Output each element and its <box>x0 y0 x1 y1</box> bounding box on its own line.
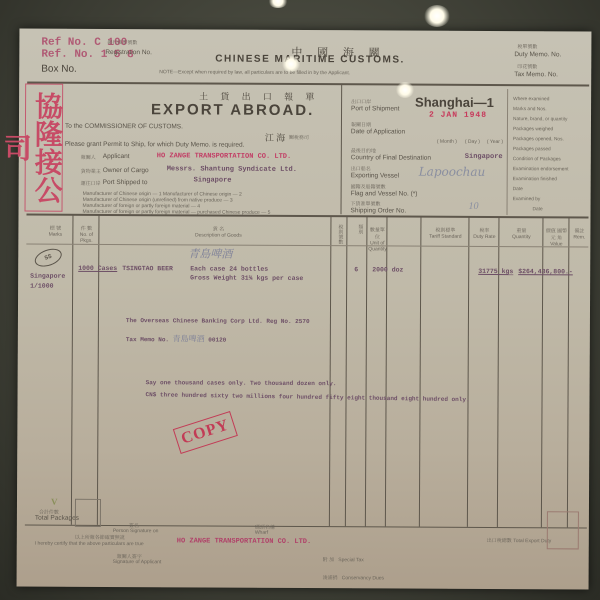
th-tariff-standard: 稅則標準Tariff Standard <box>422 227 468 240</box>
customs-office-suffix: 關稅務司 <box>289 134 309 141</box>
quantity-value: 31775 kgs <box>478 268 513 275</box>
port-of-shipment-value: Shanghai—1 <box>415 95 494 110</box>
signer-stamp: HO ZANGE TRANSPORTATION CO. LTD. <box>177 537 311 546</box>
col-divider <box>467 217 470 527</box>
light-reflection <box>424 5 450 27</box>
duty-memo-label: Duty Memo. No. <box>514 51 561 58</box>
packages-value: 1000 Cases <box>78 265 117 272</box>
destination-value: Singapore <box>465 153 503 161</box>
office-use-label: Packages opened, Nos. <box>513 137 587 147</box>
company-chop-stamp: 協隆接公司 <box>25 84 64 212</box>
col-divider <box>385 216 388 526</box>
export-declaration-document: Ref No. C 100 銀行核准號數 Ref. No. 1 5 8 Regi… <box>17 29 592 590</box>
th-remarks: 備註Rem. <box>570 227 588 240</box>
office-use-label: Packages passed <box>513 147 587 157</box>
th-description: 貨 名Description of Goods <box>168 225 268 239</box>
destination-label: Country of Final Destination <box>351 154 431 161</box>
shipping-mark-destination: Singapore <box>30 273 65 280</box>
port-value: Singapore <box>194 176 232 184</box>
light-reflection <box>396 82 414 98</box>
conservancy-label: 浚浦捐 Conservancy Dues <box>323 574 384 581</box>
vessel-value: Lapoochau <box>419 165 486 179</box>
shipping-mark-diamond: SS <box>32 245 64 270</box>
office-use-label: Examined by <box>513 197 587 207</box>
owner-label: Owner of Cargo <box>103 167 149 174</box>
port-cn: 運往口岸 <box>81 180 101 187</box>
office-use-panel: Where examined Marks and Nos. Nature, br… <box>512 97 587 217</box>
col-divider <box>345 216 348 526</box>
registration-label: Registration No. <box>105 49 152 56</box>
th-packages: 件 數No. of Pkgs. <box>74 225 98 244</box>
duty-memo-cn: 稅單號數 <box>517 43 537 50</box>
form-note: NOTE—Except when required by law, all pa… <box>159 69 459 77</box>
to-commissioner: To the COMMISSIONER OF CUSTOMS. <box>65 123 183 131</box>
port-label: Port Shipped to <box>103 179 148 186</box>
office-use-label: Examination finished <box>513 177 587 187</box>
unit-value: 2000 doz <box>372 266 403 273</box>
agency-title-en: CHINESE MARITIME CUSTOMS. <box>215 54 405 66</box>
total-packages-box <box>75 499 101 527</box>
special-tax-label: 附 加 Special Tax <box>323 556 364 563</box>
office-use-divider <box>506 89 508 215</box>
date-label: Date of Application <box>351 128 405 135</box>
customs-office-cn: 江 海 <box>265 131 285 144</box>
light-reflection <box>282 56 300 72</box>
col-divider <box>497 217 500 527</box>
th-value: 價值 國幣 元 角Value <box>544 227 568 247</box>
say-line-2: CN$ three hundred sixty two millions fou… <box>145 391 469 403</box>
port-of-shipment-label: Port of Shipment <box>351 105 399 112</box>
class-value: 6 <box>354 266 358 273</box>
date-day: ( Day ) <box>465 139 480 145</box>
description-line2: Gross Weight 31¾ kgs per case <box>190 274 303 282</box>
th-quantity: 重量Quantity <box>500 227 542 240</box>
col-divider <box>329 216 332 526</box>
certify-label: I hereby certify that the above particul… <box>35 541 144 548</box>
col-divider <box>419 217 422 527</box>
table-bottom-border <box>25 525 587 529</box>
total-packages-mark: V <box>51 497 58 507</box>
brand-value: TSINGTAO BEER <box>122 265 173 272</box>
tax-memo-cn: 印花號數 <box>517 63 537 70</box>
description-line1: Each case 24 bottles <box>190 265 268 272</box>
total-packages-label: Total Packages <box>35 515 79 522</box>
th-duty-rate: 稅率Duty Rate <box>470 227 498 240</box>
col-divider <box>541 217 544 527</box>
office-use-label: Nature, brand, or quantity <box>513 117 587 127</box>
form-title-en: EXPORT ABROAD. <box>151 101 314 119</box>
th-unit: 數量單位Unit of Quantity <box>368 226 386 252</box>
col-divider <box>567 217 570 527</box>
office-use-label: Date <box>513 187 587 197</box>
shipping-order-label: Shipping Order No. <box>350 207 406 214</box>
col-divider <box>365 216 368 526</box>
shipment-box-divider <box>340 84 342 214</box>
shipping-mark-number: 1/1000 <box>30 283 53 290</box>
applicant-cn: 報關人 <box>81 154 96 161</box>
date-month: ( Month ) <box>437 139 457 145</box>
col-divider <box>71 215 74 525</box>
signature-applicant-label: Signature of Applicant <box>113 559 162 565</box>
office-use-label: Condition of Packages <box>513 157 587 167</box>
flag-label: Flag and Vessel No. (*) <box>351 190 418 197</box>
vessel-label: Exporting Vessel <box>351 172 399 179</box>
col-divider <box>97 215 100 525</box>
bank-note: The Overseas Chinese Banking Corp Ltd. R… <box>126 317 310 325</box>
total-export-duty-box <box>547 511 579 549</box>
date-stamp: 2 JAN 1948 <box>429 111 487 120</box>
th-marks: 標 號Marks <box>40 225 70 238</box>
office-use-label: Packages weighed <box>513 127 587 137</box>
header-row-divider <box>26 244 588 248</box>
applicant-value: HO ZANGE TRANSPORTATION CO. LTD. <box>157 152 291 161</box>
box-no-label: Box No. <box>41 64 77 75</box>
total-export-duty-label: 出口稅總數 Total Export Duty <box>487 537 552 544</box>
applicant-label: Applicant <box>103 153 130 160</box>
owner-cn: 貨物業主 <box>81 168 101 175</box>
registration-cn: 銀行核准號數 <box>107 39 137 46</box>
tax-memo-label: Tax Memo. No. <box>514 71 558 78</box>
value-amount: $264,436,800.- <box>518 268 573 275</box>
header-divider <box>27 82 589 86</box>
date-year: ( Year ) <box>487 139 503 145</box>
office-use-label: Marks and Nos. <box>513 107 587 117</box>
shipping-order-value: 10 <box>469 201 479 212</box>
goods-name-cn: 青島啤酒 <box>188 245 232 261</box>
th-tariff-no: 稅則號數 <box>332 224 344 244</box>
th-class: 類別 <box>352 224 364 234</box>
table-top-border <box>26 214 588 218</box>
owner-value: Messrs. Shantung Syndicate Ltd. <box>167 165 297 174</box>
office-use-label: Examination endorsement <box>513 167 587 177</box>
wharf-label: Wharf <box>255 530 268 536</box>
say-line-1: Say one thousand cases only. Two thousan… <box>146 379 337 387</box>
copy-stamp: COPY <box>173 411 238 454</box>
tax-memo-note: Tax Memo No. 青島啤酒 00120 <box>126 333 227 345</box>
permit-request: Please grant Permit to Ship, for which D… <box>65 141 245 149</box>
office-use-label: Where examined <box>513 97 587 107</box>
